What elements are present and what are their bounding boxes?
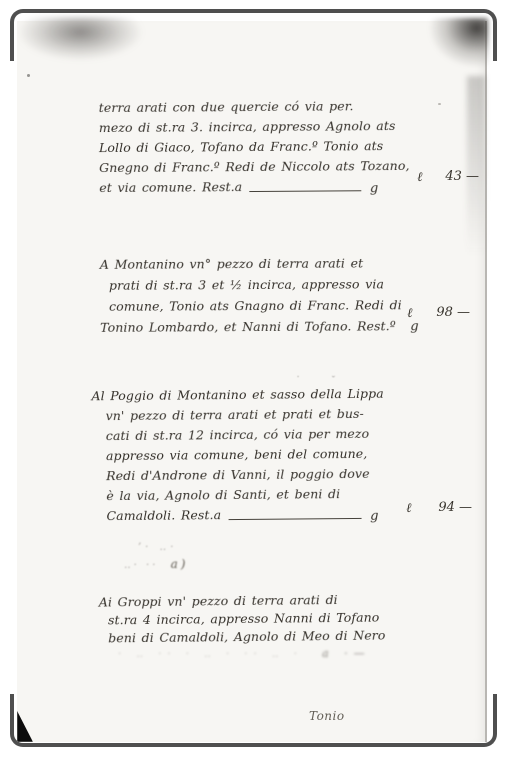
handwritten-line: comune, Tonio ats Gnagno di Franc. Redi … <box>109 294 419 317</box>
scanned-manuscript-viewer: ˙ ˘ terra arati con due quercie có via p… <box>0 0 506 760</box>
closing-text: Camaldoli. Rest.a <box>106 505 221 526</box>
catchword: Tonio <box>309 709 345 723</box>
handwritten-line: vn' pezzo di terra arati et prati et bus… <box>106 404 384 426</box>
faint-marks: · ‥ ·· · ‥ · ·· ‥ · <box>118 649 303 660</box>
ink-speck <box>27 74 30 77</box>
entry-closing-line: et via comune. Rest.a g <box>99 176 378 198</box>
ledger-rule <box>249 190 361 192</box>
amount-value: 94 — <box>438 500 472 516</box>
ledger-entry-3: Al Poggio di Montanino et sasso della Li… <box>91 384 385 527</box>
ledger-entry-1: terra arati con due quercie có via per. … <box>99 96 410 198</box>
handwritten-line: è la via, Agnolo di Santi, et beni di <box>106 484 384 506</box>
handwritten-line: beni di Camaldoli, Agnolo di Meo di Nero <box>108 627 385 648</box>
measure-unit: g <box>410 319 419 334</box>
ledger-rule <box>228 518 361 520</box>
handwritten-line: appresso via comune, beni del comune, <box>106 444 384 466</box>
currency-symbol: ℓ <box>407 305 412 321</box>
handwritten-line: A Montanino vn° pezzo di terra arati et <box>100 252 419 275</box>
currency-symbol: ℓ <box>406 500 411 516</box>
scan-smudge-top-left <box>13 17 153 71</box>
ink-speck <box>438 103 441 105</box>
amount-entry-2: ℓ 98 — <box>407 305 470 321</box>
entry-closing-line: Tonino Lombardo, et Nanni di Tofano. Res… <box>100 315 419 338</box>
handwritten-line: mezo di st.ra 3. incirca, appresso Agnol… <box>99 116 410 138</box>
measure-unit: g <box>370 509 379 524</box>
amount-entry-3: ℓ 94 — <box>406 500 472 516</box>
handwritten-line: prati di st.ra 3 et ½ incirca, appresso … <box>109 273 419 296</box>
faint-bleedthrough-marks: ’· ‥· <box>138 542 177 553</box>
entry-closing-line: Camaldoli. Rest.a g <box>106 504 378 526</box>
amount-value: 98 — <box>436 305 470 321</box>
ledger-entry-2: A Montanino vn° pezzo di terra arati et … <box>100 252 419 338</box>
amount-entry-1: ℓ 43 — <box>417 169 479 185</box>
ledger-entry-4: Ai Groppi vn' pezzo di terra arati di st… <box>99 591 386 648</box>
handwritten-line: Gnegno di Franc.º Redi de Niccolo ats To… <box>99 156 410 178</box>
amount-value: 43 — <box>445 169 479 185</box>
currency-symbol: ℓ <box>417 169 422 185</box>
closing-text: Tonino Lombardo, et Nanni di Tofano. Res… <box>100 318 396 335</box>
page-fold-black-wedge <box>17 708 33 742</box>
handwritten-line: cati di st.ra 12 incirca, có via per mez… <box>106 424 384 446</box>
handwritten-line: Redi d'Androne di Vanni, il poggio dove <box>106 464 384 486</box>
handwritten-line: terra arati con due quercie có via per. <box>99 96 410 118</box>
faint-bleedthrough-marks: ‥· ·· a) <box>124 557 188 571</box>
faint-marks-tail: a) <box>171 557 189 571</box>
handwritten-line: Lollo di Giaco, Tofano da Franc.º Tonio … <box>99 136 410 158</box>
faint-marks: ‥· ·· <box>124 560 158 571</box>
page-edge-shadow <box>467 76 485 256</box>
closing-text: et via comune. Rest.a <box>99 177 242 198</box>
faint-marks-tail: a ·— <box>322 647 371 660</box>
ghost-erased-line: · ‥ ·· · ‥ · ·· ‥ · a ·— <box>118 647 371 660</box>
manuscript-page: ˙ ˘ terra arati con due quercie có via p… <box>17 21 487 742</box>
measure-unit: g <box>370 181 379 196</box>
handwritten-line: Al Poggio di Montanino et sasso della Li… <box>91 384 383 407</box>
